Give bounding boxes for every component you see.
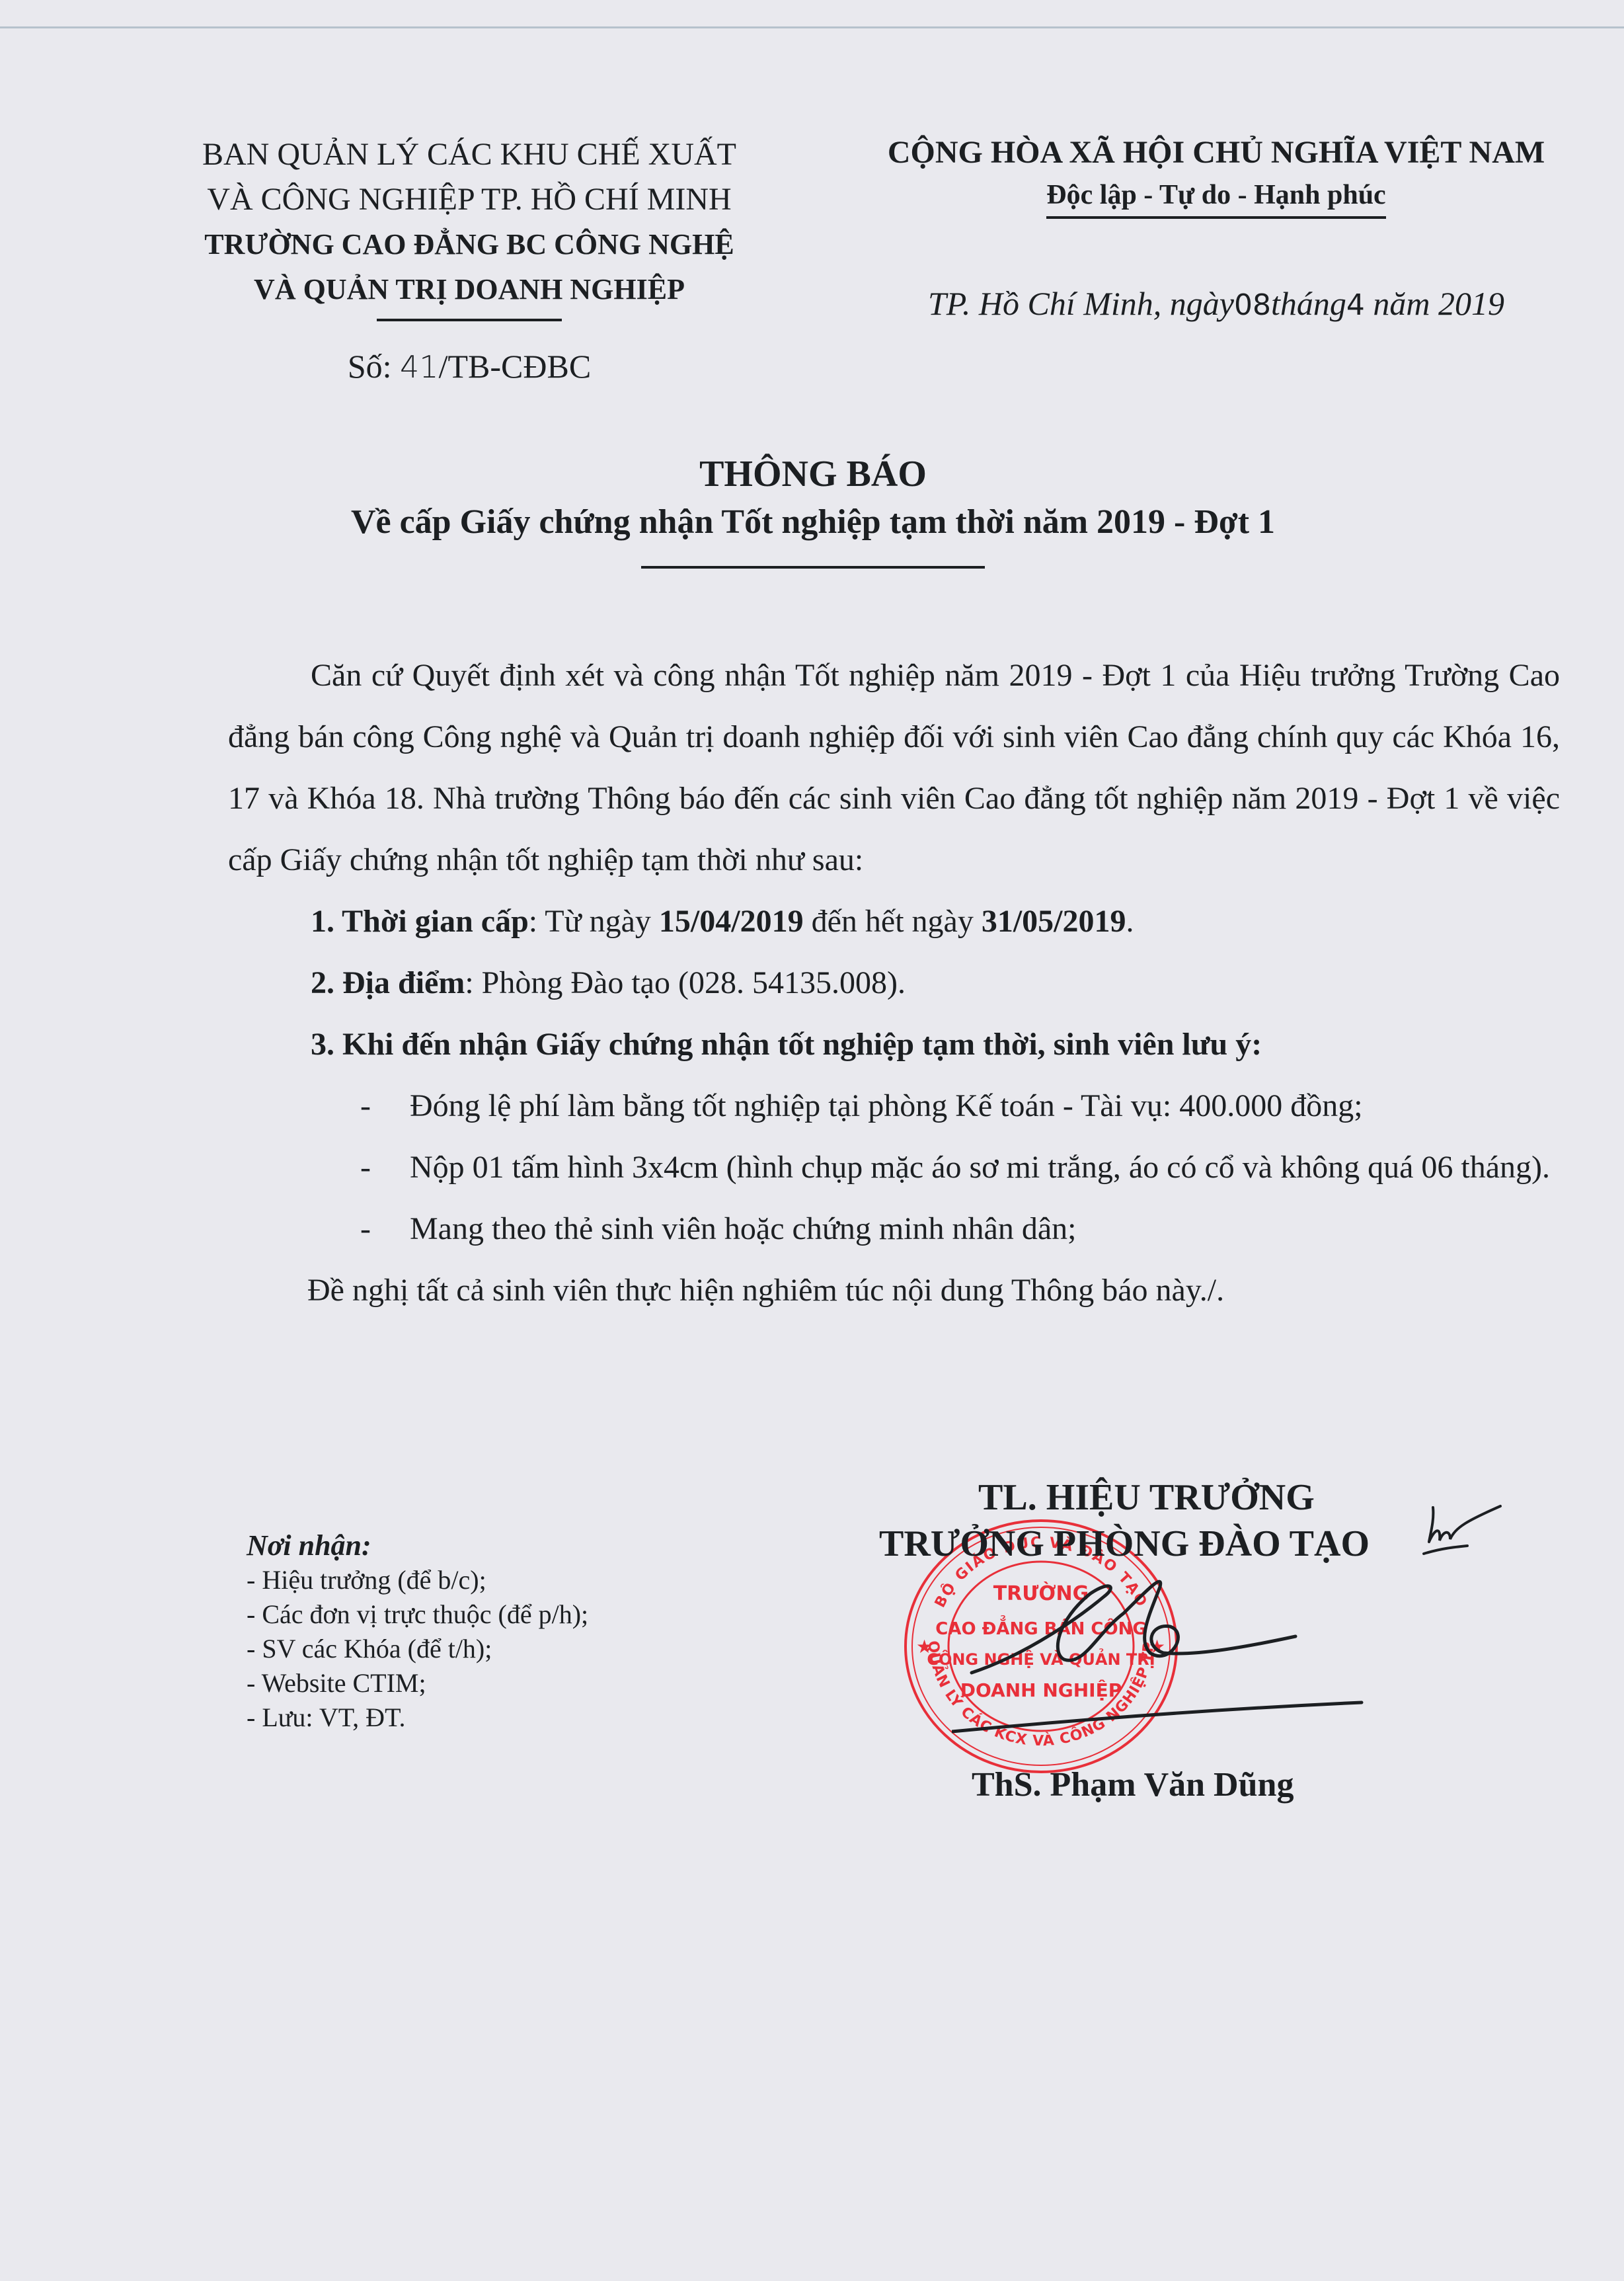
note-bullet: -Nộp 01 tấm hình 3x4cm (hình chụp mặc áo…	[228, 1137, 1560, 1198]
recipient-item: - SV các Khóa (để t/h);	[247, 1632, 749, 1666]
handwritten-initials-icon	[1421, 1501, 1514, 1560]
document-title-block: THÔNG BÁO Về cấp Giấy chứng nhận Tốt ngh…	[198, 450, 1428, 569]
item-location-label: 2. Địa điểm	[311, 965, 465, 1000]
intro-paragraph: Căn cứ Quyết định xét và công nhận Tốt n…	[228, 645, 1560, 891]
note-bullet-text: Nộp 01 tấm hình 3x4cm (hình chụp mặc áo …	[410, 1150, 1550, 1185]
school-name-line-1: TRƯỜNG CAO ĐẲNG BC CÔNG NGHỆ	[159, 222, 780, 267]
document-subtitle: Về cấp Giấy chứng nhận Tốt nghiệp tạm th…	[198, 499, 1428, 546]
place-prefix: TP. Hồ Chí Minh, ngày	[928, 285, 1234, 322]
note-bullet-text: Đóng lệ phí làm bằng tốt nghiệp tại phòn…	[410, 1088, 1363, 1123]
note-bullet: -Đóng lệ phí làm bằng tốt nghiệp tại phò…	[228, 1075, 1560, 1137]
item-location: 2. Địa điểm: Phòng Đào tạo (028. 54135.0…	[228, 952, 1560, 1014]
recipients-heading: Nơi nhận:	[247, 1529, 749, 1563]
scan-edge-line	[0, 26, 1624, 28]
title-rule	[641, 566, 985, 569]
document-body: Căn cứ Quyết định xét và công nhận Tốt n…	[228, 645, 1560, 1321]
month-label: tháng	[1271, 285, 1346, 322]
recipient-item: - Lưu: VT, ĐT.	[247, 1701, 749, 1735]
document-number-handwritten: 41	[400, 349, 439, 385]
document-title: THÔNG BÁO	[198, 450, 1428, 499]
item-issue-time-end: .	[1126, 904, 1134, 939]
item-notes-heading: 3. Khi đến nhận Giấy chứng nhận tốt nghi…	[228, 1014, 1560, 1075]
item-issue-time-label: 1. Thời gian cấp	[311, 904, 529, 939]
handwritten-signature-icon	[952, 1574, 1414, 1745]
document-number-prefix: Số:	[348, 348, 400, 385]
item-issue-time-text-2: đến hết ngày	[804, 904, 982, 939]
bullet-dash-icon: -	[360, 1198, 371, 1260]
authority-line-1: BAN QUẢN LÝ CÁC KHU CHẾ XUẤT	[159, 132, 780, 177]
item-issue-time-text: : Từ ngày	[529, 904, 659, 939]
note-bullet: -Mang theo thẻ sinh viên hoặc chứng minh…	[228, 1198, 1560, 1260]
issue-date-from: 15/04/2019	[659, 904, 804, 939]
school-name-line-2: VÀ QUẢN TRỊ DOANH NGHIỆP	[159, 267, 780, 312]
item-location-text: : Phòng Đào tạo (028. 54135.008).	[465, 965, 906, 1000]
national-motto: Độc lập - Tự do - Hạnh phúc	[1046, 177, 1385, 219]
recipient-item: - Website CTIM;	[247, 1666, 749, 1701]
closing-request: Đề nghị tất cả sinh viên thực hiện nghiê…	[228, 1260, 1560, 1321]
recipient-item: - Hiệu trưởng (để b/c);	[247, 1563, 749, 1597]
recipients-list: Nơi nhận: - Hiệu trưởng (để b/c); - Các …	[247, 1529, 749, 1735]
date-day: 08	[1234, 288, 1271, 322]
authority-line-2: VÀ CÔNG NGHIỆP TP. HỒ CHÍ MINH	[159, 177, 780, 222]
bullet-dash-icon: -	[360, 1075, 371, 1137]
issuing-authority-header: BAN QUẢN LÝ CÁC KHU CHẾ XUẤT VÀ CÔNG NGH…	[159, 132, 780, 321]
note-bullet-text: Mang theo thẻ sinh viên hoặc chứng minh …	[410, 1211, 1076, 1246]
date-year: năm 2019	[1365, 285, 1504, 322]
recipient-item: - Các đơn vị trực thuộc (để p/h);	[247, 1597, 749, 1632]
place-and-date: TP. Hồ Chí Minh, ngày08tháng4 năm 2019	[853, 284, 1580, 323]
document-number-suffix: /TB-CĐBC	[439, 348, 592, 385]
item-notes-label: 3. Khi đến nhận Giấy chứng nhận tốt nghi…	[311, 1027, 1262, 1062]
date-month: 4	[1346, 288, 1365, 322]
issue-date-to: 31/05/2019	[982, 904, 1126, 939]
bullet-dash-icon: -	[360, 1137, 371, 1198]
item-issue-time: 1. Thời gian cấp: Từ ngày 15/04/2019 đến…	[228, 891, 1560, 952]
national-header: CỘNG HÒA XÃ HỘI CHỦ NGHĨA VIỆT NAM Độc l…	[853, 129, 1580, 219]
signer-name: ThS. Phạm Văn Dũng	[972, 1765, 1294, 1804]
nation-title: CỘNG HÒA XÃ HỘI CHỦ NGHĨA VIỆT NAM	[853, 129, 1580, 177]
header-left-rule	[377, 319, 562, 321]
document-number: Số: 41/TB-CĐBC	[159, 347, 780, 385]
